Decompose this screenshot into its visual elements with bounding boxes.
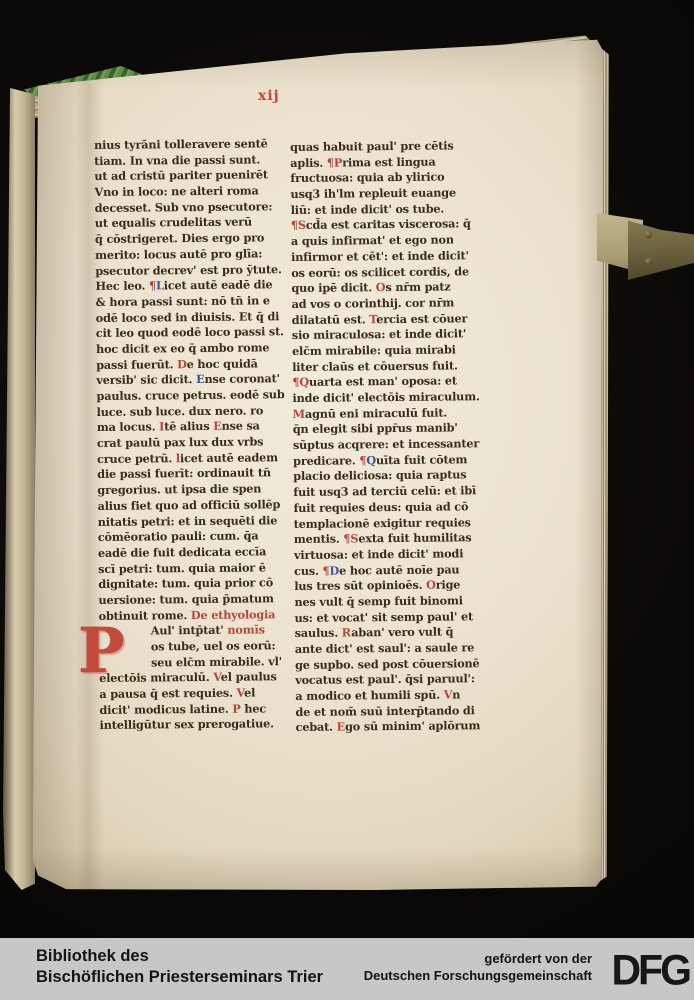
manuscript-line: dignitate: tum. quia prior cō <box>98 575 296 593</box>
ink-text: dicit' modicus latine. <box>99 701 232 716</box>
manuscript-line: inde dicit' electōis miraculum. <box>292 389 490 407</box>
manuscript-line: dicit' modicus latine. P hec <box>99 701 297 719</box>
funding-credit-line2: Deutschen Forschungsgemeinschaft <box>364 968 592 985</box>
manuscript-line: die passi fuerīt: ordinauit tn̄ <box>97 466 295 484</box>
manuscript-line: ante dict' est saul': a saule re <box>295 640 493 658</box>
ink-text: virtuosa: et inde dicit' modi <box>294 546 463 562</box>
ink-text: nius tyrāni tolleravere sentē <box>94 136 268 152</box>
manuscript-line: os tube, uel os eorū: <box>99 638 297 656</box>
manuscript-line: cruce petrū. licet autē eadem <box>97 450 295 468</box>
ink-text: versib' sic dicit. <box>96 372 196 387</box>
ink-text: placio deliciosa: quia raptus <box>293 468 466 484</box>
ink-text: nitatis petri: et in sequēti die <box>98 513 278 529</box>
scan-footer-banner: Bibliothek des Bischöflichen Priestersem… <box>0 938 694 1000</box>
ink-text: merito: locus autē pro glīa: <box>95 246 262 262</box>
rubricated-text: nomīs <box>227 623 264 637</box>
ink-text: el paulus <box>221 670 277 685</box>
ink-text: q̄ cōstrigeret. Dies ergo pro <box>95 230 264 246</box>
ink-text: inde dicit' electōis miraculum. <box>292 389 479 405</box>
manuscript-line: placio deliciosa: quia raptus <box>293 468 491 486</box>
manuscript-line: ¶Scd̄a est caritas viscerosa: q̄ <box>291 217 489 235</box>
ink-text: ut equalis crudelitas verū <box>95 215 252 231</box>
manuscript-line: fructuosa: quia ab ylirico <box>290 169 488 187</box>
manuscript-line: saulus. Raban' vero vult q̄ <box>295 624 493 642</box>
manuscript-line: passi fuerūt. De hoc quidā <box>96 356 294 374</box>
manuscript-line: fuit usq3 ad terciū celū: et ibī <box>293 483 491 501</box>
blue-initial: Q <box>366 453 376 467</box>
rivet-icon <box>645 258 652 265</box>
manuscript-line: eadē die fuit dedicata eccīa <box>98 544 296 562</box>
manuscript-line: q̄ cōstrigeret. Dies ergo pro <box>95 230 293 248</box>
ink-text: ge supbo. sed post cōuersionē <box>295 656 480 672</box>
manuscript-line: nes vult q̄ semp fuit binomi <box>294 593 492 611</box>
ink-text: a quis infirmat' et ego non <box>291 233 454 249</box>
manuscript-line: infirmor et cēt': et inde dicit' <box>291 248 489 266</box>
rubricated-text: E <box>213 419 222 433</box>
manuscript-line: de et nom̄ suū interp̄tando di <box>295 703 493 721</box>
ink-text: hoc dicit ex eo q̄ ambo rome <box>96 340 269 356</box>
manuscript-line: tiam. In vna die passi sunt. <box>94 152 292 170</box>
ink-text: crat paulū pax lux dux vrbs <box>97 434 264 450</box>
rivet-icon <box>645 231 652 238</box>
manuscript-line: quo ipē dicit. Os nr̄m patz <box>291 279 489 297</box>
ink-text: Aul' intp̄tat' <box>151 623 228 638</box>
manuscript-line: sūptus acqrere: et incessanter <box>293 436 491 454</box>
manuscript-line: a pausa q̄ est requies. Vel <box>99 685 297 703</box>
ink-text: cruce petrū. <box>97 451 176 466</box>
manuscript-column-right: quas habuit paul' pre cētisaplis. ¶Prima… <box>290 138 494 736</box>
rubricated-text: P <box>232 701 240 715</box>
manuscript-line: psecutor decrev' est pro ȳtute. <box>95 262 293 280</box>
ink-text: q̄n elegit sibi ppr̄us manib' <box>293 421 458 437</box>
ink-text: liū: et inde dicit' os tube. <box>291 201 445 216</box>
ink-text: seu elc̄m mirabile. vl' <box>151 654 282 669</box>
ink-text: dilatatū est. <box>292 312 370 327</box>
ink-text: electōis miraculū. <box>99 670 213 685</box>
manuscript-line: obtinuit rome. De ethyologia <box>99 607 297 625</box>
ink-text: vocatus est paul'. q̄si paruul': <box>295 672 475 688</box>
manuscript-line: a quis infirmat' et ego non <box>291 232 489 250</box>
ink-text: cd̄a est caritas viscerosa: q̄ <box>306 217 471 233</box>
rubricated-text: M <box>293 407 305 421</box>
manuscript-line: ut equalis crudelitas verū <box>95 215 293 233</box>
ink-text: uarta est man' oposa: et <box>309 374 457 389</box>
manuscript-line: ad vos o corinthij. cor nr̄m <box>292 295 490 313</box>
ink-text: decesset. Sub vno psecutore: <box>95 199 273 215</box>
manuscript-line: vocatus est paul'. q̄si paruul': <box>295 671 493 689</box>
manuscript-line: Hec leo. ¶Licet autē eadē die <box>95 277 293 295</box>
ink-text: die passi fuerīt: ordinauit tn̄ <box>97 466 271 482</box>
ink-text: predicare. <box>293 453 359 468</box>
manuscript-line: cus. ¶De hoc autē noīe pau <box>294 562 492 580</box>
rubricated-text: De ethyologia <box>191 607 276 622</box>
ink-text: rige <box>436 578 461 592</box>
manuscript-line: alius fiet quo ad officiū sollēp <box>97 497 295 515</box>
rubricated-text: V <box>213 670 221 684</box>
rubricated-text: P <box>334 155 342 169</box>
manuscript-page: xij P nius tyrāni tolleravere sentētiam.… <box>30 38 604 890</box>
ink-text: e hoc autē noīe pau <box>339 562 459 577</box>
manuscript-line: mentis. ¶Sexta fuit humilitas <box>294 530 492 548</box>
ink-text: cus. <box>294 563 322 577</box>
manuscript-line: os eorū: os scilicet cordis, de <box>291 264 489 282</box>
manuscript-line: ut ad cristū pariter puenirēt <box>94 167 292 185</box>
ink-text: elc̄m mirabile: quia mirabi <box>292 342 456 358</box>
ink-text: cebat. <box>296 720 337 734</box>
ink-text: paulus. cruce petrus. eodē sub <box>96 387 284 403</box>
ink-text: tē alius <box>164 419 213 433</box>
manuscript-line: sio miraculosa: et inde dicit' <box>292 326 490 344</box>
manuscript-line: luce. sub luce. dux nero. ro <box>97 403 295 421</box>
ink-text: fructuosa: quia ab ylirico <box>290 170 444 185</box>
ink-text: os eorū: os scilicet cordis, de <box>291 264 469 280</box>
ink-text: ercia est cōuer <box>376 311 467 326</box>
manuscript-line: scī petri: tum. quia maior ē <box>98 560 296 578</box>
manuscript-line: cit leo quod eodē loco passi st. <box>96 324 294 342</box>
ink-text: quas habuit paul' pre cētis <box>290 138 454 154</box>
manuscript-line: gregorius. ut ipsa die spen <box>97 481 295 499</box>
folio-number: xij <box>258 88 280 104</box>
photo-area: xij P nius tyrāni tolleravere sentētiam.… <box>0 0 694 938</box>
manuscript-line: intelligūtur sex prerogatiue. <box>100 717 298 735</box>
ink-text: ut ad cristū pariter puenirēt <box>94 168 268 184</box>
manuscript-line: crat paulū pax lux dux vrbs <box>97 434 295 452</box>
ink-text: icet autē eadē die <box>164 277 273 292</box>
ink-text: sūptus acqrere: et incessanter <box>293 436 479 452</box>
ink-text: aplis. <box>290 155 327 169</box>
ink-text: odē loco sed in diuisis. Et q̄ di <box>96 309 280 325</box>
ink-text: ante dict' est saul': a saule re <box>295 640 474 656</box>
ink-text: saulus. <box>295 626 342 640</box>
manuscript-line: electōis miraculū. Vel paulus <box>99 669 297 687</box>
manuscript-line: ge supbo. sed post cōuersionē <box>295 656 493 674</box>
library-name: Bibliothek des Bischöflichen Priestersem… <box>36 946 323 988</box>
manuscript-line: us: et vocat' sit semp paul' et <box>295 609 493 627</box>
manuscript-line: predicare. ¶Quīta fuit cōtem <box>293 452 491 470</box>
manuscript-line: virtuosa: et inde dicit' modi <box>294 546 492 564</box>
ink-text: s nr̄m patz <box>385 280 450 295</box>
ink-text: dignitate: tum. quia prior cō <box>98 576 273 592</box>
ink-text: fuit usq3 ad terciū celū: et ibī <box>293 483 476 499</box>
ink-text: fuit requies deus: quia ad cō <box>293 499 468 515</box>
ink-text: templacionē exigitur requies <box>294 515 471 531</box>
manuscript-line: liter claūs et cōuersus fuit. <box>292 358 490 376</box>
ink-text: lus tres sūt opinioēs. <box>294 578 426 593</box>
ink-text: intelligūtur sex prerogatiue. <box>100 717 274 733</box>
ink-text: liter claūs et cōuersus fuit. <box>292 358 458 374</box>
ink-text: icet autē eadem <box>180 450 278 465</box>
manuscript-line: & hora passi sunt: nō tn̄ in e <box>96 293 294 311</box>
manuscript-line: decesset. Sub vno psecutore: <box>95 199 293 217</box>
manuscript-line: cōmēoratio pauli: cum. q̄a <box>98 528 296 546</box>
ink-text: nse coronat' <box>204 372 280 387</box>
ink-text: go sū minim' aplōrum <box>345 719 480 734</box>
ink-text: Hec leo. <box>95 279 149 294</box>
ink-text: eadē die fuit dedicata eccīa <box>98 544 266 560</box>
manuscript-line: cebat. Ego sū minim' aplōrum <box>296 719 494 737</box>
ink-text: a modico et humili spū. <box>295 688 443 703</box>
rubricated-text: S <box>298 218 306 232</box>
manuscript-line: odē loco sed in diuisis. Et q̄ di <box>96 309 294 327</box>
manuscript-line: seu elc̄m mirabile. vl' <box>99 654 297 672</box>
manuscript-line: nius tyrāni tolleravere sentē <box>94 136 292 154</box>
manuscript-line: ¶Quarta est man' oposa: et <box>292 373 490 391</box>
rubricated-text: O <box>376 280 386 294</box>
funding-credit-line1: gefördert von der <box>364 951 592 968</box>
manuscript-line: q̄n elegit sibi ppr̄us manib' <box>293 420 491 438</box>
ink-text: luce. sub luce. dux nero. ro <box>97 403 264 419</box>
manuscript-line: Vno in loco: ne alteri roma <box>94 183 292 201</box>
ink-text: us: et vocat' sit semp paul' et <box>295 609 474 625</box>
ink-text: de et nom̄ suū interp̄tando di <box>295 703 474 719</box>
ink-text: Vno in loco: ne alteri roma <box>94 183 258 199</box>
ink-text: ad vos o corinthij. cor nr̄m <box>292 295 455 311</box>
manuscript-line: dilatatū est. Tercia est cōuer <box>292 311 490 329</box>
dfg-logo: DFG <box>611 946 689 995</box>
ink-text: uīta fuit cōtem <box>376 452 467 467</box>
digitized-manuscript-photo: xij P nius tyrāni tolleravere sentētiam.… <box>0 0 694 1000</box>
library-name-line1: Bibliothek des <box>36 946 323 967</box>
ink-text: os tube, uel os eorū: <box>151 638 276 653</box>
blue-initial: D <box>329 563 339 577</box>
manuscript-line: a modico et humili spū. Vn <box>295 687 493 705</box>
ink-text: infirmor et cēt': et inde dicit' <box>291 248 469 264</box>
ink-text: gregorius. ut ipsa die spen <box>97 482 261 498</box>
manuscript-column-left: nius tyrāni tolleravere sentētiam. In vn… <box>94 136 298 734</box>
ink-text: cōmēoratio pauli: cum. q̄a <box>98 529 259 545</box>
manuscript-line: usq3 ih'lm repleuit euange <box>290 185 488 203</box>
manuscript-line: nitatis petri: et in sequēti die <box>98 513 296 531</box>
ink-text: obtinuit rome. <box>99 608 191 623</box>
ink-text: & hora passi sunt: nō tn̄ in e <box>96 293 270 309</box>
ink-text: ma locus. <box>97 420 159 435</box>
manuscript-line: quas habuit paul' pre cētis <box>290 138 488 156</box>
manuscript-line: versib' sic dicit. Ense coronat' <box>96 371 294 389</box>
manuscript-line: aplis. ¶Prima est lingua <box>290 154 488 172</box>
book-clasp-strap-metal <box>628 214 694 280</box>
manuscript-line: merito: locus autē pro glīa: <box>95 246 293 264</box>
ink-text: usq3 ih'lm repleuit euange <box>290 185 456 201</box>
ink-text: agnū eni miraculū fuit. <box>305 405 447 420</box>
page-stack-left-edge <box>3 88 35 890</box>
ink-text: sio miraculosa: et inde dicit' <box>292 327 466 343</box>
ink-text: uersione: tum. quia p̄matum <box>98 591 273 607</box>
ink-text: cit leo quod eodē loco passi st. <box>96 324 284 340</box>
ink-text: passi fuerūt. <box>96 357 177 372</box>
rubricated-text: Q <box>299 375 309 389</box>
manuscript-line: ma locus. Itē alius Ense sa <box>97 418 295 436</box>
ink-text: scī petri: tum. quia maior ē <box>98 560 266 576</box>
ink-text: nse sa <box>222 419 260 433</box>
ink-text: el <box>244 686 255 700</box>
manuscript-line: uersione: tum. quia p̄matum <box>98 591 296 609</box>
manuscript-line: hoc dicit ex eo q̄ ambo rome <box>96 340 294 358</box>
manuscript-line: Magnū eni miraculū fuit. <box>293 405 491 423</box>
funding-credit: gefördert von der Deutschen Forschungsge… <box>364 951 592 984</box>
ink-text: quo ipē dicit. <box>291 280 375 295</box>
ink-text: mentis. <box>294 532 344 546</box>
manuscript-line: Aul' intp̄tat' nomīs <box>99 622 297 640</box>
ink-text: hec <box>241 701 267 715</box>
manuscript-line: fuit requies deus: quia ad cō <box>293 499 491 517</box>
ink-text: nes vult q̄ semp fuit binomi <box>294 593 463 609</box>
ink-text: alius fiet quo ad officiū sollēp <box>97 497 280 513</box>
manuscript-line: paulus. cruce petrus. eodē sub <box>96 387 294 405</box>
ink-text: psecutor decrev' est pro ȳtute. <box>95 262 282 278</box>
ink-text: n <box>452 687 460 701</box>
rubricated-text: V <box>236 686 244 700</box>
ink-text: exta fuit humilitas <box>358 530 471 545</box>
rubricated-text: V <box>444 688 453 702</box>
manuscript-line: templacionē exigitur requies <box>294 515 492 533</box>
ink-text: rima est lingua <box>342 154 436 169</box>
manuscript-line: elc̄m mirabile: quia mirabi <box>292 342 490 360</box>
manuscript-line: lus tres sūt opinioēs. Orige <box>294 577 492 595</box>
library-name-line2: Bischöflichen Priesterseminars Trier <box>36 967 323 988</box>
ink-text: tiam. In vna die passi sunt. <box>94 152 260 168</box>
ink-text: aban' vero vult q̄ <box>351 625 453 640</box>
ink-text: a pausa q̄ est requies. <box>99 686 236 701</box>
ink-text: e hoc quidā <box>187 356 258 371</box>
